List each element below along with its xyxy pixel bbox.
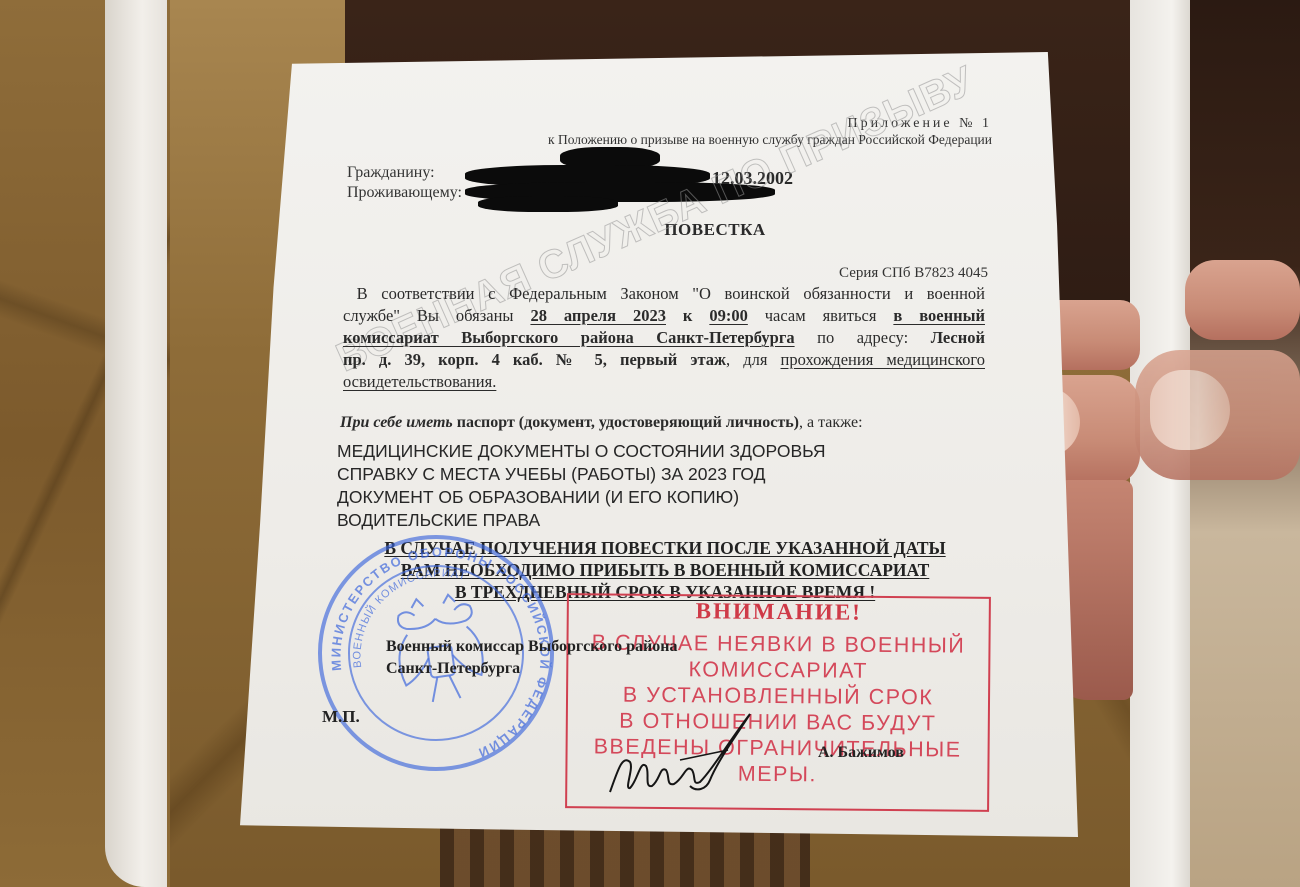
redaction-mark — [478, 196, 618, 212]
body-text: к — [666, 306, 709, 325]
purpose: прохождения медицинского — [781, 350, 985, 369]
office-address: Лесной — [931, 328, 985, 347]
list-item: ДОКУМЕНТ ОБ ОБРАЗОВАНИИ (И ЕГО КОПИЮ) — [337, 486, 825, 509]
body-text: часам явиться — [748, 306, 894, 325]
body-line-1: В соответствии с Федеральным Законом "О … — [343, 283, 985, 305]
purpose: освидетельствования. — [343, 372, 496, 391]
appendix-subtitle: к Положению о призыве на военную службу … — [480, 132, 992, 148]
seal-label: М.П. — [322, 707, 360, 727]
bring-tail: , а также: — [799, 414, 863, 431]
list-item: ВОДИТЕЛЬСКИЕ ПРАВА — [337, 509, 825, 532]
office-name: комиссариат Выборгского района Санкт-Пет… — [343, 328, 795, 347]
citizen-label: Гражданину: — [347, 164, 435, 182]
commissar-line: Санкт-Петербурга — [386, 658, 766, 680]
commissar-line: Военный комиссар Выборгского района — [386, 636, 766, 658]
warning-title: ВНИМАНИЕ! — [569, 597, 989, 627]
body-line-3: комиссариат Выборгского района Санкт-Пет… — [343, 327, 985, 349]
bring-instructions: При себе иметь паспорт (документ, удосто… — [340, 414, 863, 432]
commissar-title: Военный комиссар Выборгского района Санк… — [386, 636, 766, 680]
required-documents-list: МЕДИЦИНСКИЕ ДОКУМЕНТЫ О СОСТОЯНИИ ЗДОРОВ… — [337, 440, 825, 532]
summons-document: Приложение № 1 к Положению о призыве на … — [0, 0, 1300, 887]
body-text: по адресу: — [795, 328, 931, 347]
appointment-time: 09:00 — [709, 306, 748, 325]
body-text: , для — [726, 350, 781, 369]
series-number: Серия СПб В7823 4045 — [740, 265, 988, 282]
office-address: пр. д. 39, корп. 4 каб. № 5, первый этаж — [343, 350, 726, 369]
body-line-4: пр. д. 39, корп. 4 каб. № 5, первый этаж… — [343, 349, 985, 371]
body-line-2: службе" Вы обязаны 28 апреля 2023 к 09:0… — [343, 305, 985, 327]
residence-label: Проживающему: — [347, 184, 462, 202]
body-line-5: освидетельствования. — [343, 371, 985, 393]
list-item: МЕДИЦИНСКИЕ ДОКУМЕНТЫ О СОСТОЯНИИ ЗДОРОВ… — [337, 440, 825, 463]
appointment-date: 28 апреля 2023 — [530, 306, 666, 325]
office-name: в военный — [893, 306, 985, 325]
body-text: службе" Вы обязаны — [343, 306, 530, 325]
signature — [600, 700, 770, 800]
bring-passport: паспорт (документ, удостоверяющий личнос… — [453, 414, 799, 431]
body-text: В соответствии с Федеральным Законом "О … — [357, 284, 985, 303]
signer-name: А. Бажимов — [818, 744, 904, 762]
list-item: СПРАВКУ С МЕСТА УЧЕБЫ (РАБОТЫ) ЗА 2023 Г… — [337, 463, 825, 486]
summons-body: В соответствии с Федеральным Законом "О … — [343, 283, 985, 393]
bring-lead: При себе иметь — [340, 414, 453, 431]
